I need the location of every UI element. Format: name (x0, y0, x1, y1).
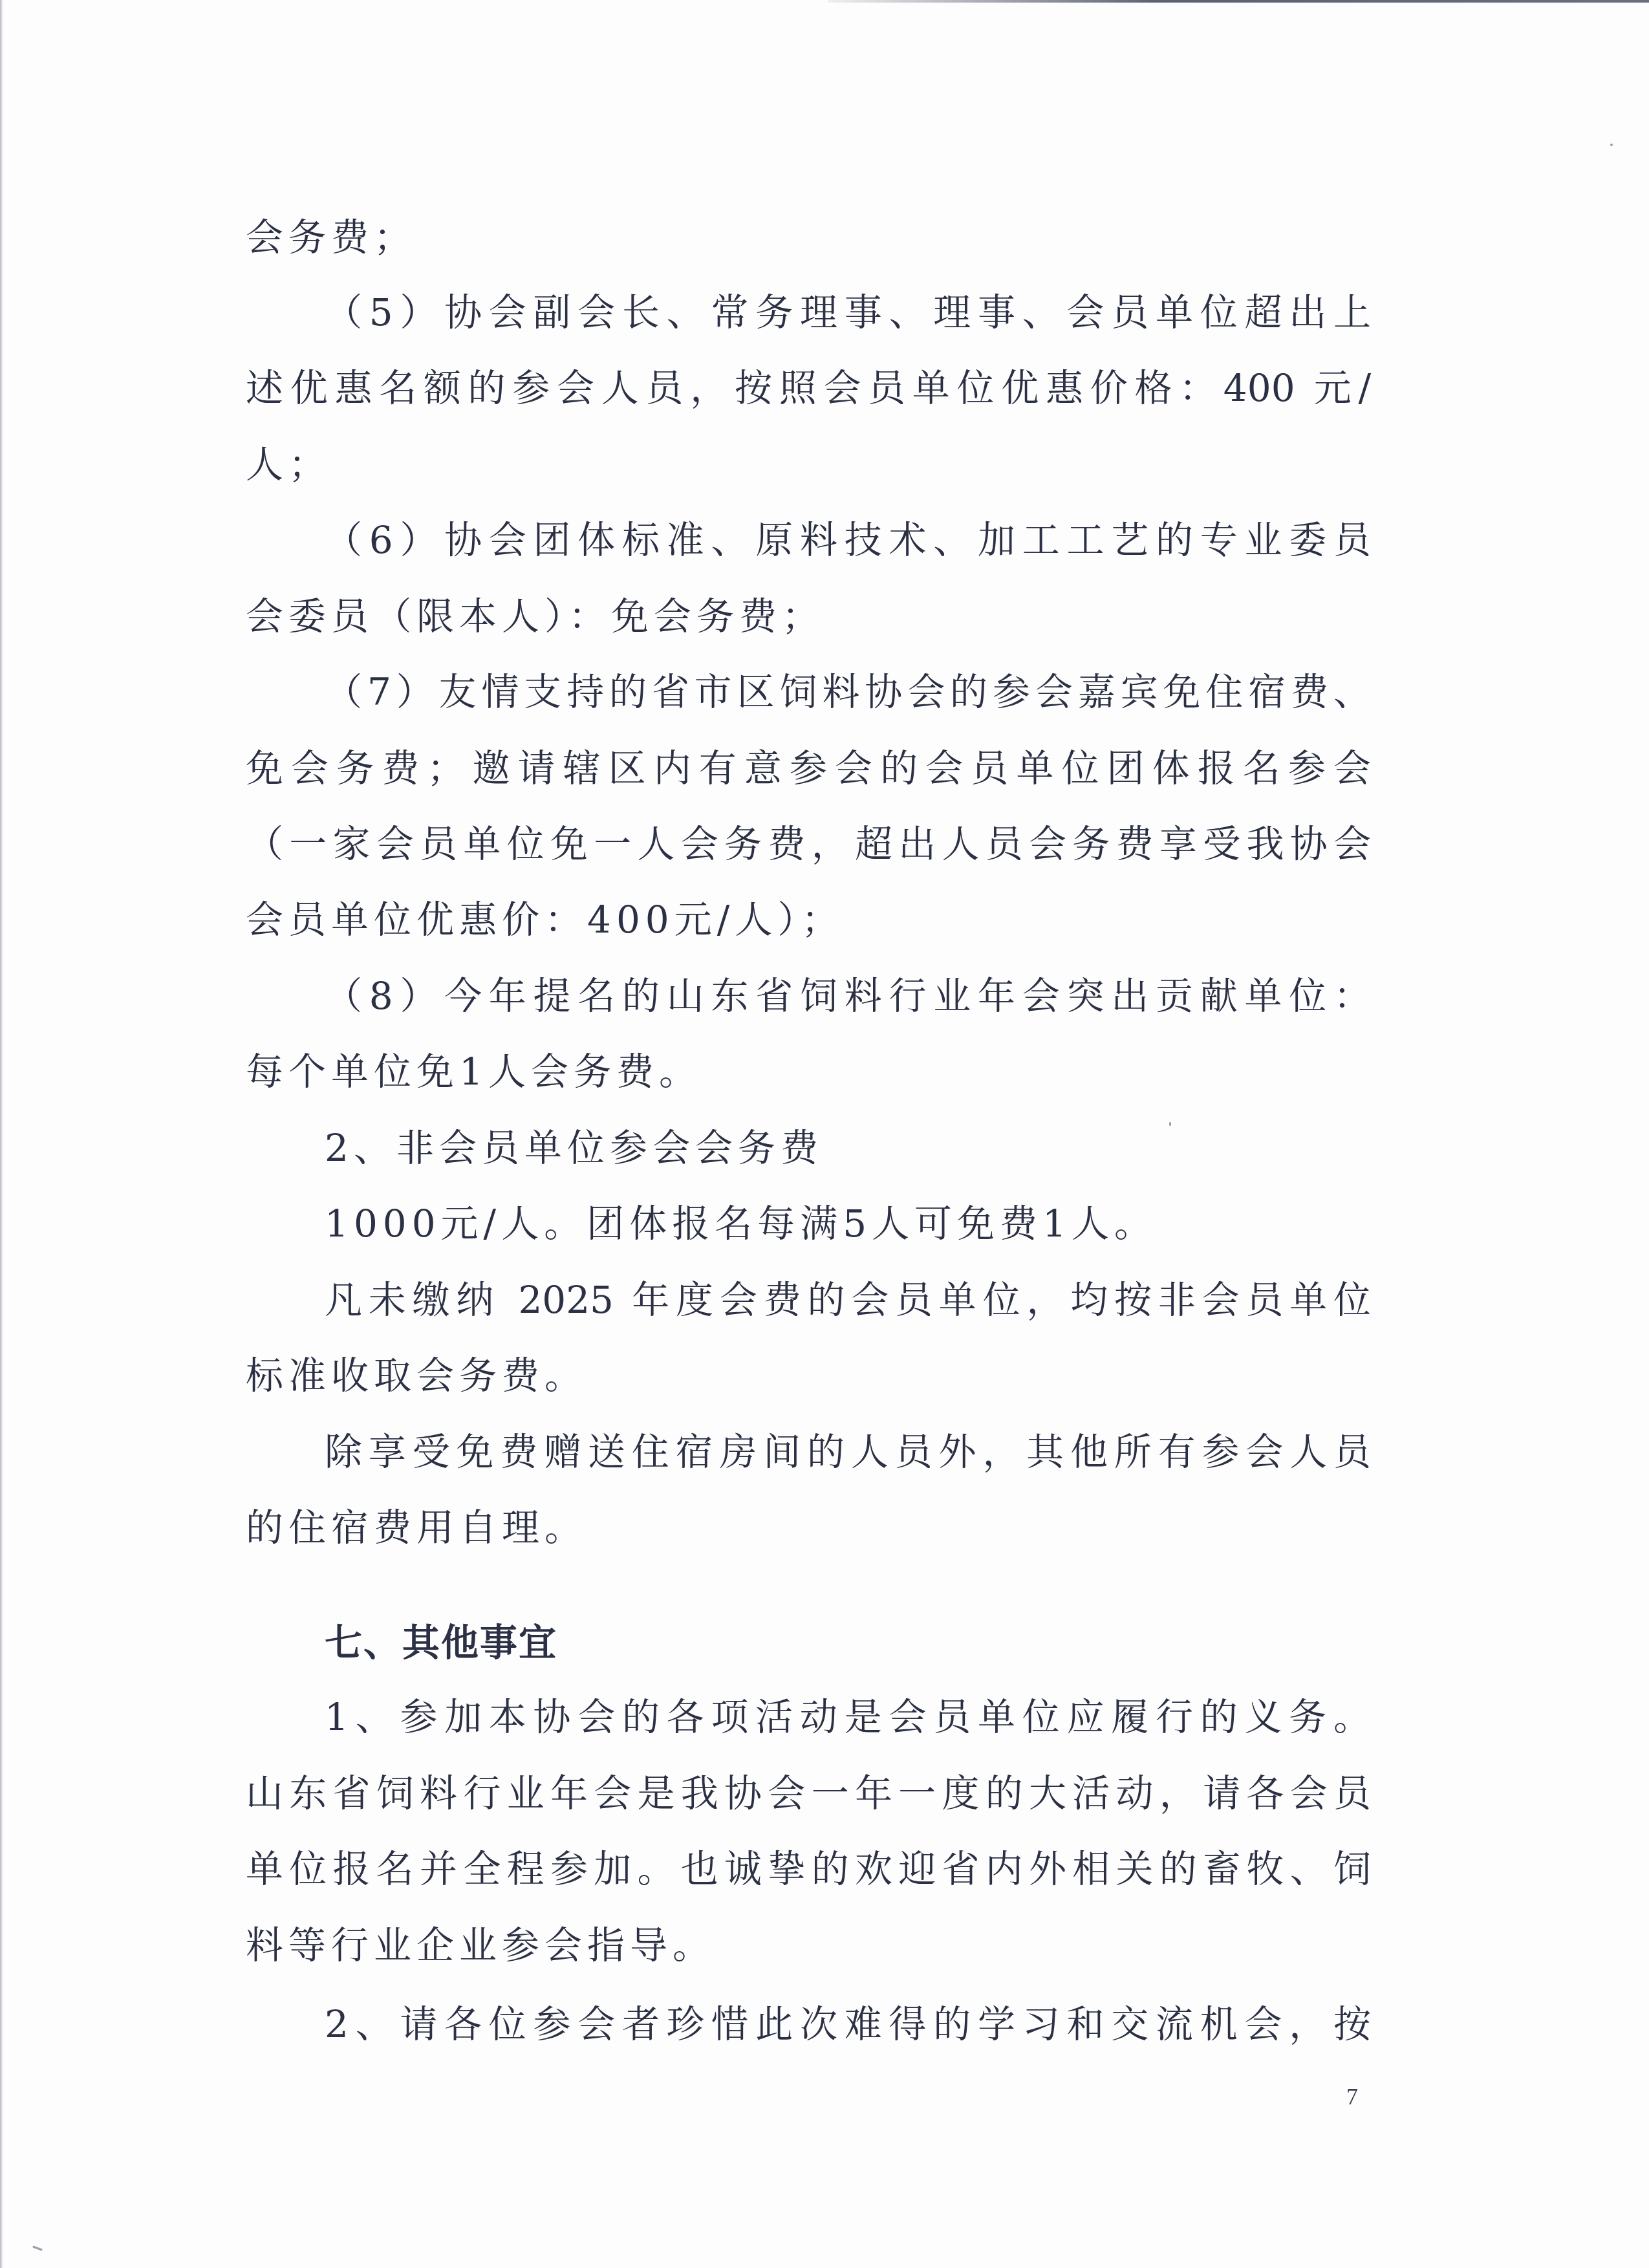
paragraph-line: 凡未缴纳 2025 年度会费的会员单位，均按非会员单位 (246, 1274, 1371, 1326)
paragraph-line: 会委员（限本人）：免会务费； (246, 590, 1371, 642)
paragraph-line: 1000元/人。团体报名每满5人可免费1人。 (246, 1198, 1371, 1249)
paragraph-line: 免会务费；邀请辖区内有意参会的会员单位团体报名参会 (246, 742, 1371, 794)
paragraph-line: 每个单位免1人会务费。 (246, 1046, 1371, 1097)
paragraph-line: 标准收取会务费。 (246, 1350, 1371, 1401)
paragraph-line: 的住宿费用自理。 (246, 1502, 1371, 1553)
scan-speck (1169, 1122, 1171, 1126)
paragraph-line: 2、请各位参会者珍惜此次难得的学习和交流机会，按 (246, 1998, 1371, 2050)
paragraph-line: （8）今年提名的山东省饲料行业年会突出贡献单位： (246, 970, 1371, 1022)
paragraph-line: （7）友情支持的省市区饲料协会的参会嘉宾免住宿费、 (246, 666, 1371, 718)
paragraph-line: （6）协会团体标准、原料技术、加工工艺的专业委员 (246, 514, 1371, 566)
scan-top-shadow (828, 0, 1649, 3)
paragraph-line: 除享受免费赠送住宿房间的人员外，其他所有参会人员 (246, 1426, 1371, 1478)
scan-speck (1610, 144, 1613, 146)
paragraph-line: （5）协会副会长、常务理事、理事、会员单位超出上 (246, 286, 1371, 338)
page-number: 7 (1346, 2084, 1358, 2110)
section-heading: 七、其他事宜 (246, 1617, 1371, 1669)
paragraph-line: 料等行业企业参会指导。 (246, 1919, 1371, 1971)
paragraph-line: 单位报名并全程参加。也诚挚的欢迎省内外相关的畜牧、饲 (246, 1843, 1371, 1895)
paragraph-line: 述优惠名额的参会人员，按照会员单位优惠价格：400 元/ (246, 362, 1371, 414)
paragraph-line: 山东省饲料行业年会是我协会一年一度的大活动，请各会员 (246, 1767, 1371, 1819)
subsection-title: 2、非会员单位参会会务费 (246, 1122, 1371, 1174)
paragraph-line: 会务费； (246, 211, 1371, 263)
scan-speck (32, 2245, 43, 2251)
paragraph-line: 会员单位优惠价：400元/人）； (246, 894, 1371, 945)
paragraph-line: 人； (246, 438, 1371, 490)
paragraph-line: （一家会员单位免一人会务费，超出人员会务费享受我协会 (246, 818, 1371, 870)
scan-left-border (0, 0, 3, 2268)
paragraph-line: 1、参加本协会的各项活动是会员单位应履行的义务。 (246, 1691, 1371, 1743)
